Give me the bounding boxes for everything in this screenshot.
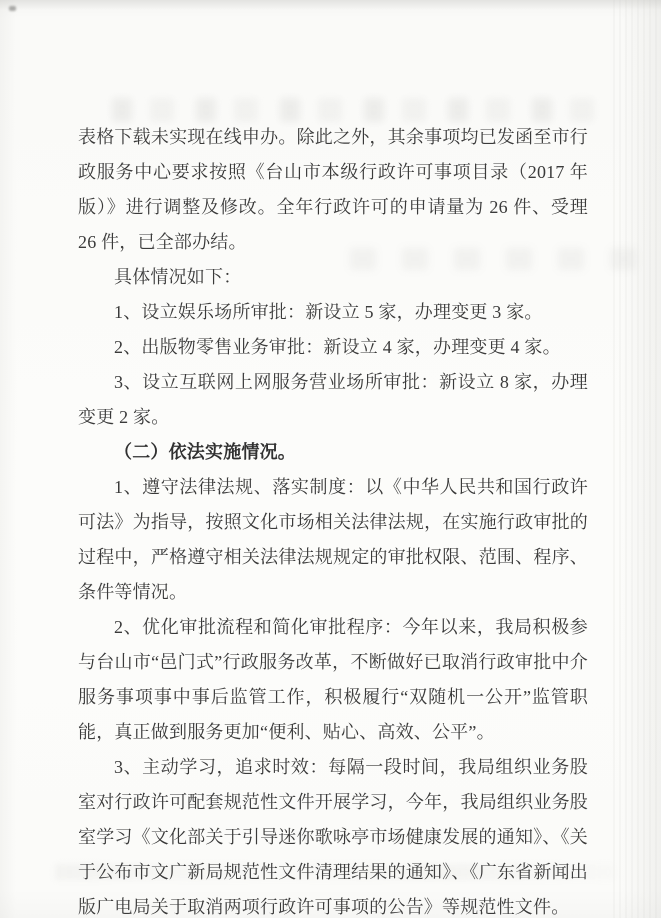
paragraph: 1、遵守法律法规、落实制度：以《中华人民共和国行政许可法》为指导，按照文化市场相…: [78, 470, 588, 610]
scanner-streaks: [613, 0, 661, 918]
paragraph: 表格下载未实现在线申办。除此之外，其余事项均已发函至市行政服务中心要求按照《台山…: [78, 120, 588, 260]
paragraph: 3、设立互联网上网服务营业场所审批：新设立 8 家，办理变更 2 家。: [78, 365, 588, 435]
section-heading: （二）依法实施情况。: [78, 435, 588, 470]
paragraph: 3、主动学习，追求时效：每隔一段时间，我局组织业务股室对行政许可配套规范性文件开…: [78, 750, 588, 918]
scanned-page: 表格下载未实现在线申办。除此之外，其余事项均已发函至市行政服务中心要求按照《台山…: [0, 0, 661, 918]
paragraph: 2、出版物零售业务审批：新设立 4 家，办理变更 4 家。: [78, 330, 588, 365]
ink-bleedthrough-top: [112, 98, 598, 122]
scan-edge-shadow: [0, 0, 661, 10]
paragraph: 具体情况如下：: [78, 260, 588, 295]
paragraph: 1、设立娱乐场所审批：新设立 5 家，办理变更 3 家。: [78, 295, 588, 330]
document-body: 表格下载未实现在线申办。除此之外，其余事项均已发函至市行政服务中心要求按照《台山…: [78, 120, 588, 918]
paragraph: 2、优化审批流程和简化审批程序：今年以来，我局积极参与台山市“邑门式”行政服务改…: [78, 610, 588, 750]
scan-speck: [9, 6, 16, 11]
